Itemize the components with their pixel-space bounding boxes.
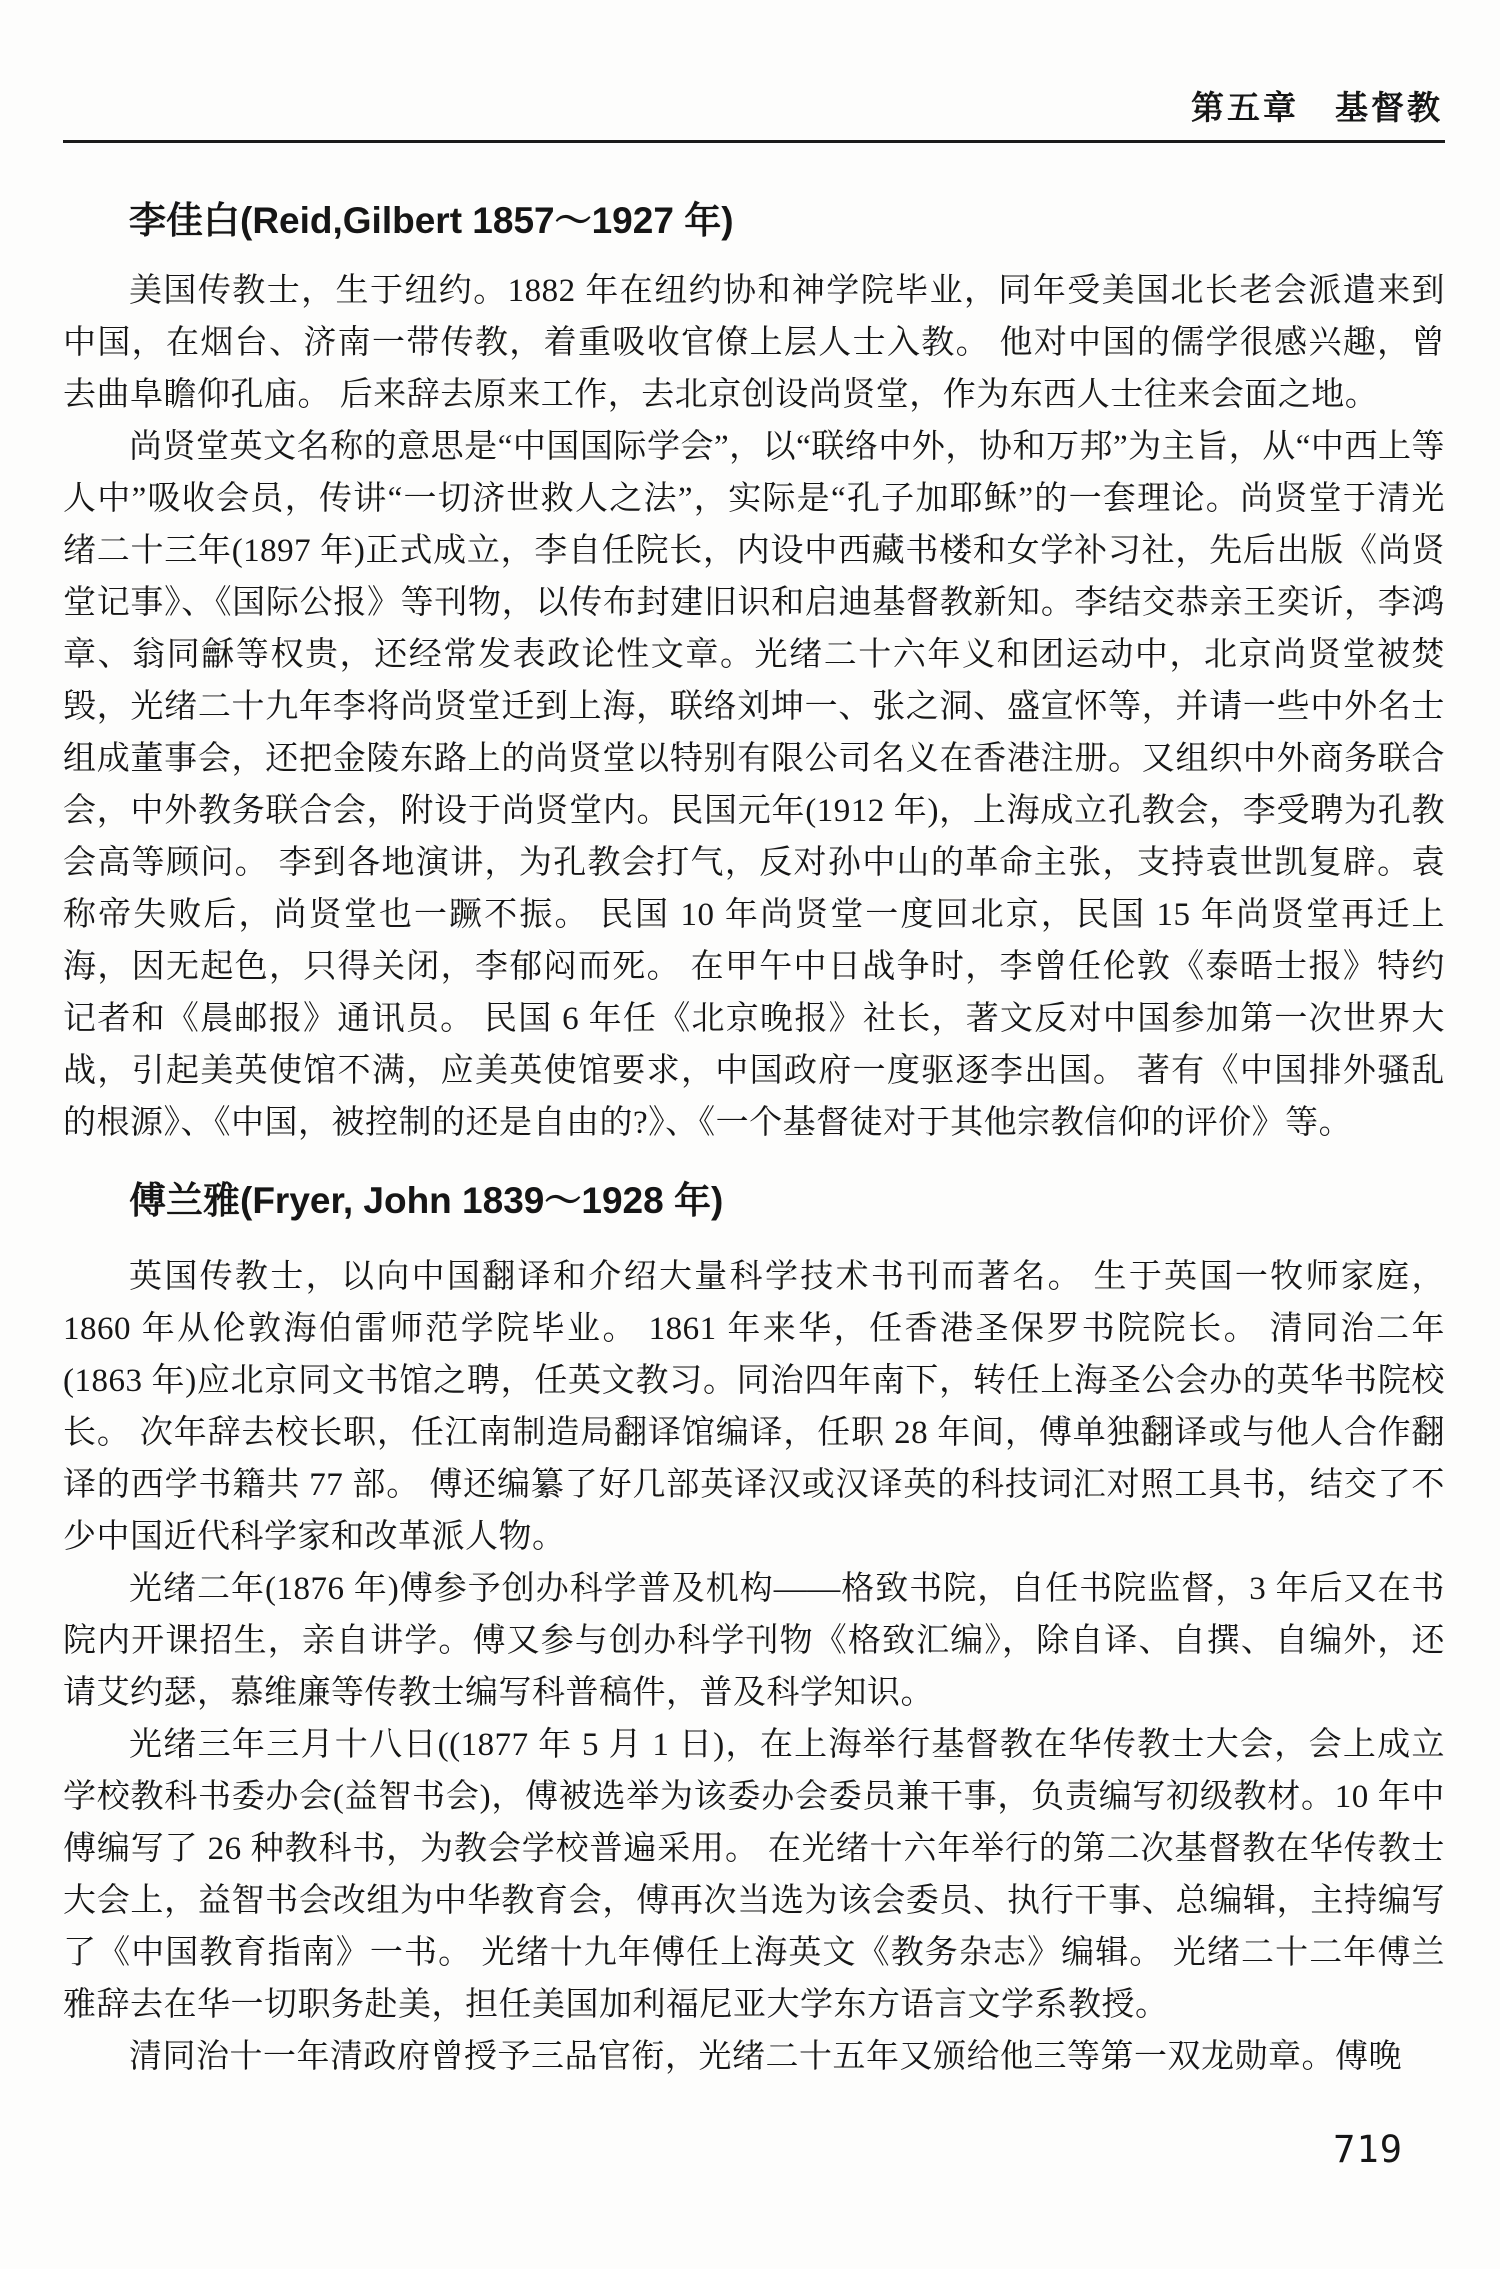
paragraph-fryer-bio: 英国传教士，以向中国翻译和介绍大量科学技术书刊而著名。 生于英国一牧师家庭，18…	[63, 1251, 1445, 1563]
paragraph-li-bio: 美国传教士，生于纽约。1882 年在纽约协和神学院毕业，同年受美国北长老会派遣来…	[63, 265, 1445, 421]
header-rule	[63, 140, 1445, 143]
paragraph-li-shangxiantang: 尚贤堂英文名称的意思是“中国国际学会”，以“联络中外，协和万邦”为主旨，从“中西…	[63, 421, 1445, 1149]
paragraph-fryer-gezhi: 光绪二年(1876 年)傅参予创办科学普及机构——格致书院，自任书院监督，3 年…	[63, 1563, 1445, 1719]
running-header: 第五章 基督教	[63, 88, 1445, 128]
entry-heading-fu-lanya: 傅兰雅(Fryer, John 1839～1928 年)	[63, 1179, 1445, 1223]
page-number: 719	[1333, 2128, 1403, 2172]
document-page: 第五章 基督教 李佳白(Reid,Gilbert 1857～1927 年) 美国…	[0, 0, 1500, 2269]
entry-heading-li-jiabai: 李佳白(Reid,Gilbert 1857～1927 年)	[63, 199, 1445, 243]
paragraph-fryer-textbooks: 光绪三年三月十八日((1877 年 5 月 1 日)，在上海举行基督教在华传教士…	[63, 1719, 1445, 2031]
paragraph-fryer-honors: 清同治十一年清政府曾授予三品官衔，光绪二十五年又颁给他三等第一双龙勋章。傅晚	[63, 2031, 1445, 2083]
